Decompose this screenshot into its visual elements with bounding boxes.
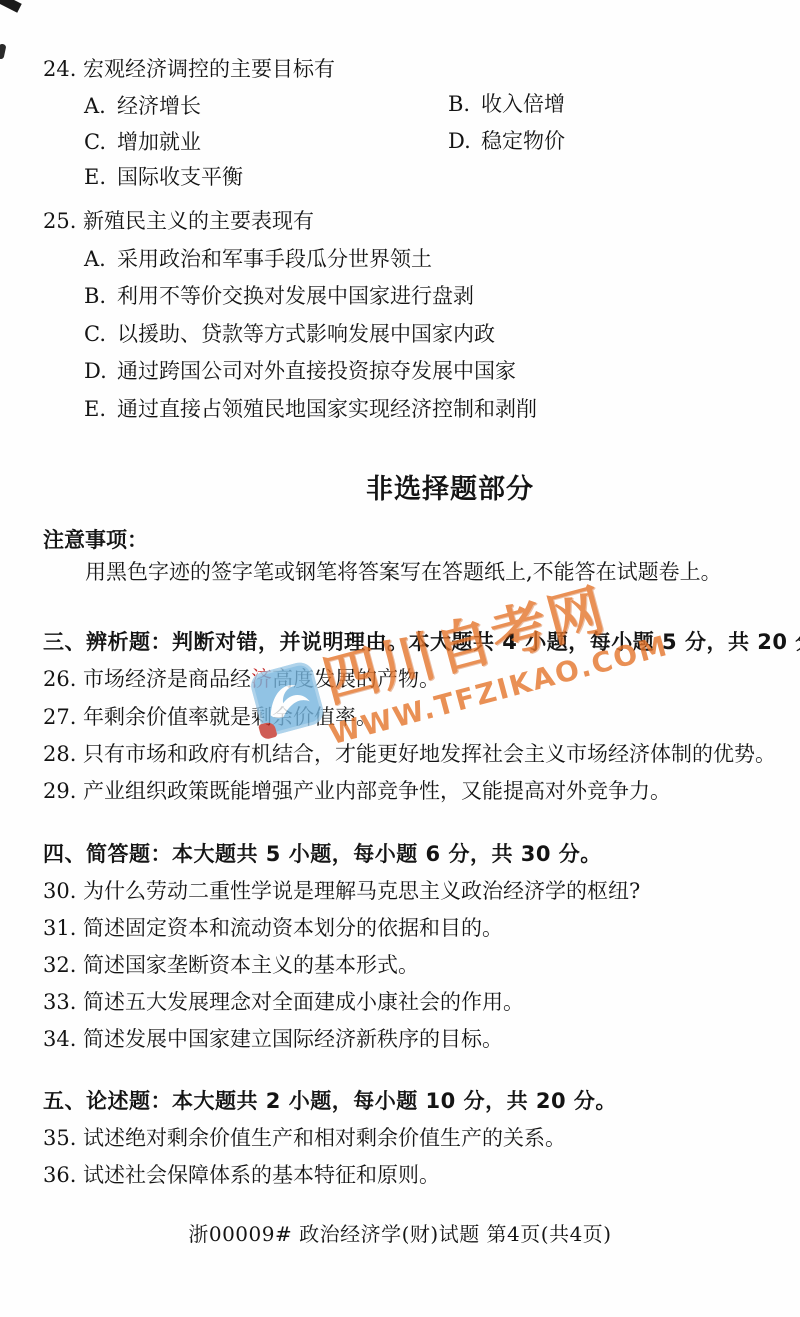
question-28-number: 28. <box>43 742 83 767</box>
question-34-number: 34. <box>43 1027 83 1052</box>
q24-option-a-text: 经济增长 <box>117 94 201 118</box>
q25-option-b: B.利用不等价交换对发展中国家进行盘剥 <box>84 284 474 309</box>
section-4-header: 四、简答题：本大题共 5 小题，每小题 6 分，共 30 分。 <box>43 842 602 867</box>
q25-option-b-letter: B. <box>84 284 117 309</box>
question-35-text: 试述绝对剩余价值生产和相对剩余价值生产的关系。 <box>83 1126 566 1150</box>
q24-option-a: A.经济增长 <box>84 94 201 119</box>
q24-option-e-text: 国际收支平衡 <box>117 165 243 189</box>
question-32: 32.简述国家垄断资本主义的基本形式。 <box>43 953 419 978</box>
q24-option-c-text: 增加就业 <box>117 130 201 154</box>
q24-option-e: E.国际收支平衡 <box>84 165 243 190</box>
question-35: 35.试述绝对剩余价值生产和相对剩余价值生产的关系。 <box>43 1126 566 1151</box>
question-26-red-character: 济 <box>251 667 272 691</box>
question-31-number: 31. <box>43 916 83 941</box>
q24-option-b: B.收入倍增 <box>448 92 565 117</box>
question-25-number: 25. <box>43 209 83 234</box>
question-29-text: 产业组织政策既能增强产业内部竞争性，又能提高对外竞争力。 <box>83 779 671 803</box>
non-choice-section-heading: 非选择题部分 <box>366 467 534 506</box>
question-36-text: 试述社会保障体系的基本特征和原则。 <box>83 1163 440 1187</box>
question-34: 34.简述发展中国家建立国际经济新秩序的目标。 <box>43 1027 503 1052</box>
question-34-text: 简述发展中国家建立国际经济新秩序的目标。 <box>83 1027 503 1051</box>
question-26-text-pre: 市场经济是商品经 <box>83 667 251 691</box>
question-24-text: 宏观经济调控的主要目标有 <box>83 57 335 81</box>
question-31-text: 简述固定资本和流动资本划分的依据和目的。 <box>83 916 503 940</box>
q24-option-b-text: 收入倍增 <box>481 92 565 116</box>
q25-option-c-text: 以援助、贷款等方式影响发展中国家内政 <box>117 322 495 346</box>
section-5-header: 五、论述题：本大题共 2 小题，每小题 10 分，共 20 分。 <box>43 1089 617 1114</box>
question-25-text: 新殖民主义的主要表现有 <box>83 209 314 233</box>
q25-option-c-letter: C. <box>84 322 117 347</box>
notice-text: 用黑色字迹的签字笔或钢笔将答案写在答题纸上,不能答在试题卷上。 <box>85 560 722 585</box>
q25-option-e-text: 通过直接占领殖民地国家实现经济控制和剥削 <box>117 397 537 421</box>
question-29-number: 29. <box>43 779 83 804</box>
scan-artifact-corner-mark <box>0 0 22 13</box>
question-32-number: 32. <box>43 953 83 978</box>
q24-option-e-letter: E. <box>84 165 117 190</box>
question-24-number: 24. <box>43 57 83 82</box>
question-33-text: 简述五大发展理念对全面建成小康社会的作用。 <box>83 990 524 1014</box>
q25-option-e: E.通过直接占领殖民地国家实现经济控制和剥削 <box>84 397 537 422</box>
question-30: 30.为什么劳动二重性学说是理解马克思主义政治经济学的枢纽? <box>43 879 640 904</box>
question-30-number: 30. <box>43 879 83 904</box>
exam-paper-page: 24.宏观经济调控的主要目标有 A.经济增长 B.收入倍增 C.增加就业 D.稳… <box>0 0 800 1317</box>
question-30-text: 为什么劳动二重性学说是理解马克思主义政治经济学的枢纽? <box>83 879 640 903</box>
question-36-number: 36. <box>43 1163 83 1188</box>
section-3-header: 三、辨析题：判断对错，并说明理由。本大题共 4 小题，每小题 5 分，共 20 … <box>43 630 800 655</box>
question-27-number: 27. <box>43 705 83 730</box>
q24-option-d: D.稳定物价 <box>448 129 565 154</box>
q24-option-d-letter: D. <box>448 129 481 154</box>
q24-option-d-text: 稳定物价 <box>481 129 565 153</box>
question-28-text: 只有市场和政府有机结合，才能更好地发挥社会主义市场经济体制的优势。 <box>83 742 776 766</box>
question-26-number: 26. <box>43 667 83 692</box>
question-26-text-post: 高度发展的产物。 <box>272 667 440 691</box>
question-27: 27.年剩余价值率就是剩余价值率。 <box>43 705 377 730</box>
question-27-text: 年剩余价值率就是剩余价值率。 <box>83 705 377 729</box>
question-32-text: 简述国家垄断资本主义的基本形式。 <box>83 953 419 977</box>
question-33: 33.简述五大发展理念对全面建成小康社会的作用。 <box>43 990 524 1015</box>
question-24: 24.宏观经济调控的主要目标有 <box>43 57 335 82</box>
q25-option-a: A.采用政治和军事手段瓜分世界领土 <box>84 247 432 272</box>
question-33-number: 33. <box>43 990 83 1015</box>
notice-title: 注意事项： <box>43 528 148 553</box>
q25-option-d-text: 通过跨国公司对外直接投资掠夺发展中国家 <box>117 359 516 383</box>
q25-option-c: C.以援助、贷款等方式影响发展中国家内政 <box>84 322 495 347</box>
question-29: 29.产业组织政策既能增强产业内部竞争性，又能提高对外竞争力。 <box>43 779 671 804</box>
q25-option-d: D.通过跨国公司对外直接投资掠夺发展中国家 <box>84 359 516 384</box>
q25-option-a-text: 采用政治和军事手段瓜分世界领土 <box>117 247 432 271</box>
q25-option-e-letter: E. <box>84 397 117 422</box>
q25-option-d-letter: D. <box>84 359 117 384</box>
q25-option-a-letter: A. <box>84 247 117 272</box>
q24-option-b-letter: B. <box>448 92 481 117</box>
page-footer: 浙00009# 政治经济学(财)试题 第4页(共4页) <box>0 1218 800 1247</box>
question-36: 36.试述社会保障体系的基本特征和原则。 <box>43 1163 440 1188</box>
question-28: 28.只有市场和政府有机结合，才能更好地发挥社会主义市场经济体制的优势。 <box>43 742 776 767</box>
scan-artifact-edge-smudge <box>0 43 6 59</box>
question-35-number: 35. <box>43 1126 83 1151</box>
q24-option-c-letter: C. <box>84 130 117 155</box>
question-31: 31.简述固定资本和流动资本划分的依据和目的。 <box>43 916 503 941</box>
q25-option-b-text: 利用不等价交换对发展中国家进行盘剥 <box>117 284 474 308</box>
question-26: 26.市场经济是商品经济高度发展的产物。 <box>43 667 440 692</box>
q24-option-c: C.增加就业 <box>84 130 201 155</box>
q24-option-a-letter: A. <box>84 94 117 119</box>
question-25: 25.新殖民主义的主要表现有 <box>43 209 314 234</box>
